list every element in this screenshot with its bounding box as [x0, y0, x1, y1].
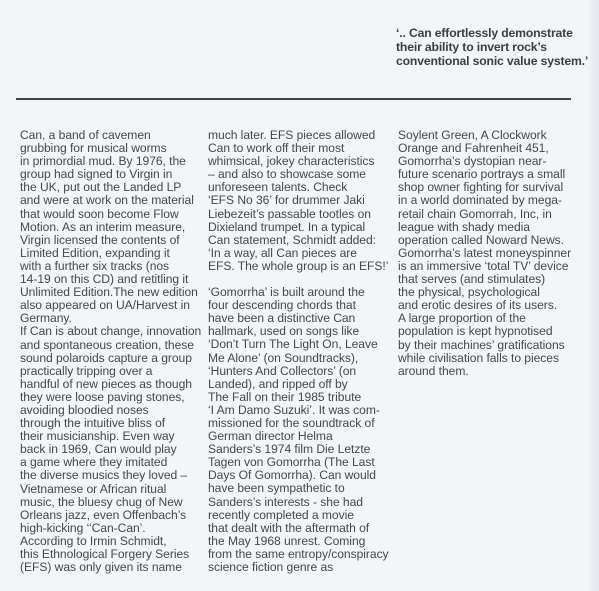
page-edge-shadow — [587, 0, 599, 591]
text-column-1: Can, a band of cavemen grubbing for musi… — [20, 129, 205, 574]
paragraph: much later. EFS pieces allowed Can to wo… — [208, 129, 393, 273]
paragraph: If Can is about change, innovation and s… — [20, 325, 205, 574]
text-column-2: much later. EFS pieces allowed Can to wo… — [208, 129, 393, 574]
text-column-3: Soylent Green, A Clockwork Orange and Fa… — [398, 129, 588, 378]
paragraph: Can, a band of cavemen grubbing for musi… — [20, 129, 205, 325]
paragraph: Soylent Green, A Clockwork Orange and Fa… — [398, 129, 588, 378]
pull-quote: ‘.. Can effortlessly demonstrate their a… — [396, 26, 596, 68]
horizontal-rule — [16, 98, 571, 100]
pull-quote-text: ‘.. Can effortlessly demonstrate their a… — [396, 26, 596, 68]
paragraph: ‘Gomorrha’ is built around the four desc… — [208, 286, 393, 574]
